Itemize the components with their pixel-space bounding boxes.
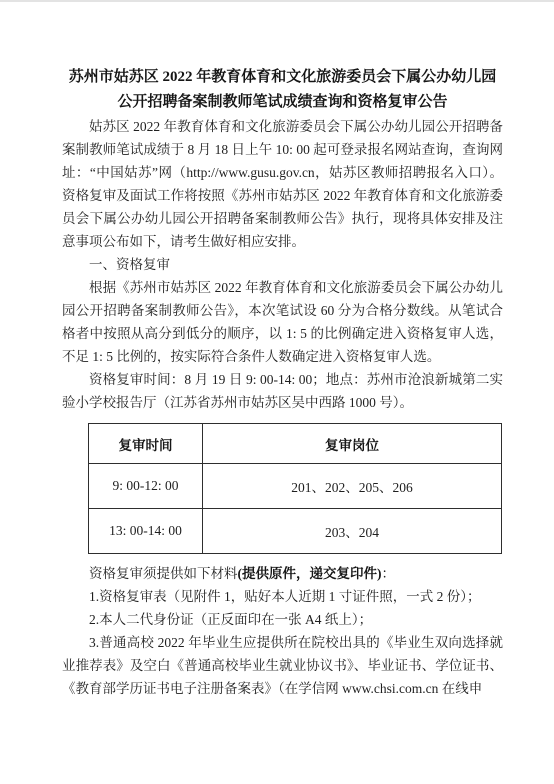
material-item-1: 1.资格复审表（见附件 1，贴好本人近期 1 寸证件照，一式 2 份）； [62, 585, 503, 608]
review-time-cell: 9: 00-12: 00 [89, 464, 203, 509]
review-schedule-table: 复审时间 复审岗位 9: 00-12: 00 201、202、205、206 1… [88, 423, 502, 554]
material-item-2: 2.本人二代身份证（正反面印在一张 A4 纸上）； [62, 608, 503, 631]
review-table-header-positions: 复审岗位 [203, 424, 502, 464]
materials-intro-colon: ： [382, 566, 396, 581]
review-positions-cell: 201、202、205、206 [203, 464, 502, 509]
review-table-header-row: 复审时间 复审岗位 [89, 424, 502, 464]
intro-paragraph: 姑苏区 2022 年教育体育和文化旅游委员会下属公办幼儿园公开招聘备案制教师笔试… [62, 115, 503, 253]
section-1-rules-paragraph: 根据《苏州市姑苏区 2022 年教育体育和文化旅游委员会下属公办幼儿园公开招聘备… [62, 276, 503, 368]
section-1-schedule-paragraph: 资格复审时间：8 月 19 日 9: 00-14: 00；地点：苏州市沧浪新城第… [62, 368, 503, 414]
material-item-3: 3.普通高校 2022 年毕业生应提供所在院校出具的《毕业生双向选择就业推荐表》… [62, 631, 503, 700]
materials-intro: 资格复审须提供如下材料(提供原件，递交复印件)： [62, 562, 503, 585]
materials-intro-normal-text: 资格复审须提供如下材料 [89, 566, 238, 581]
review-table-header-time: 复审时间 [89, 424, 203, 464]
document-title: 苏州市姑苏区 2022 年教育体育和文化旅游委员会下属公办幼儿园 公开招聘备案制… [62, 65, 503, 115]
document-page: 苏州市姑苏区 2022 年教育体育和文化旅游委员会下属公办幼儿园 公开招聘备案制… [0, 0, 554, 784]
review-table-row-afternoon: 13: 00-14: 00 203、204 [89, 509, 502, 554]
review-table-row-morning: 9: 00-12: 00 201、202、205、206 [89, 464, 502, 509]
document-title-line-1: 苏州市姑苏区 2022 年教育体育和文化旅游委员会下属公办幼儿园 [62, 65, 503, 90]
document-title-line-2: 公开招聘备案制教师笔试成绩查询和资格复审公告 [62, 90, 503, 115]
review-positions-cell: 203、204 [203, 509, 502, 554]
section-1-heading: 一、资格复审 [62, 253, 503, 276]
document-content: 苏州市姑苏区 2022 年教育体育和文化旅游委员会下属公办幼儿园 公开招聘备案制… [0, 2, 554, 700]
materials-intro-bold-text: (提供原件，递交复印件) [238, 566, 382, 581]
review-time-cell: 13: 00-14: 00 [89, 509, 203, 554]
